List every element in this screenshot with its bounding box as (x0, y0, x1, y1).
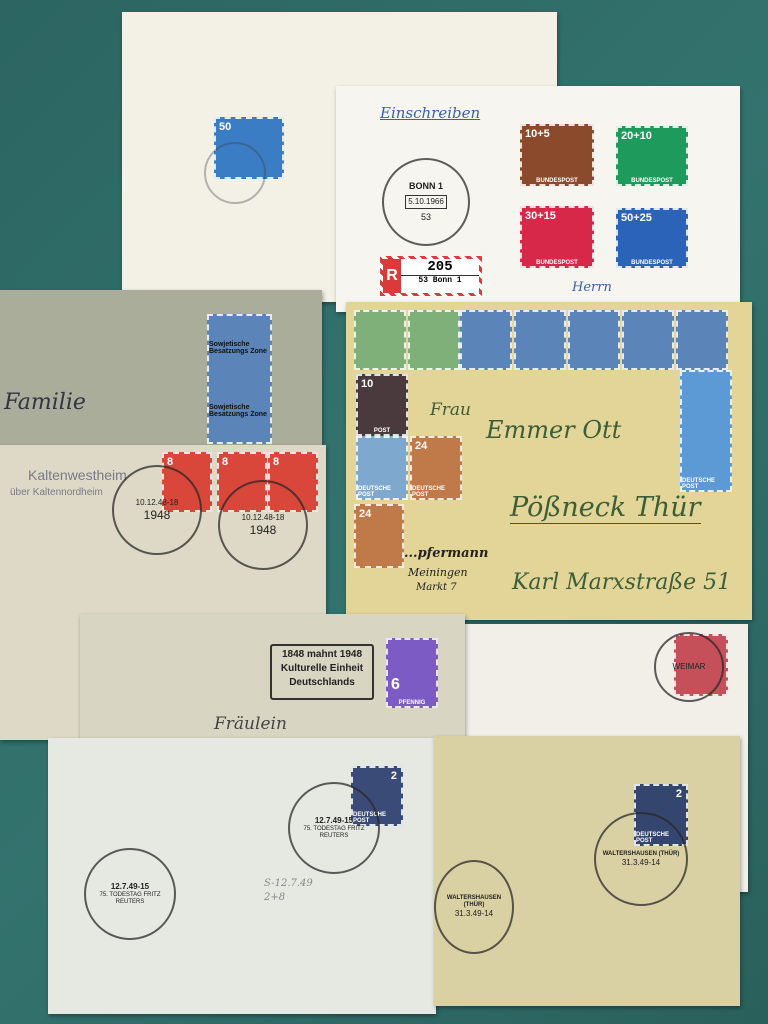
registration-label: R 205 53 Bonn 1 (380, 256, 482, 296)
stamp-30: 30+15BUNDESPOST (520, 206, 594, 268)
cover-green: Sowjetische Besatzungs ZoneSowjetische B… (0, 290, 322, 455)
stamp-50: 50+25BUNDESPOST (616, 208, 688, 268)
stamp-6: 6PFENNIG (386, 638, 438, 708)
postmark: 10.12.48-181948 (218, 480, 308, 570)
postmark-bonn: BONN 1 5.10.1966 53 (382, 158, 470, 246)
stamp-pair: Sowjetische Besatzungs ZoneSowjetische B… (207, 314, 272, 444)
cover-meiningen: 10POST DEUTSCHE POST 24DEUTSCHE POST 24 … (346, 302, 752, 620)
handwritten-label: Einschreiben (380, 104, 480, 122)
cover-stavenhagen: 2DEUTSCHE POST 12.7.49-1575. TODESTAG FR… (48, 738, 436, 1014)
cover-waltershausen: 2DEUTSCHE POST WALTERSHAUSEN (THÜR)31.3.… (434, 736, 740, 1006)
postmark: 10.12.48-181948 (112, 465, 202, 555)
cover-bonn-registered: Einschreiben BONN 1 5.10.1966 53 10+5BUN… (336, 86, 740, 312)
postmark (204, 142, 266, 204)
stamp-10: 10+5BUNDESPOST (520, 124, 594, 186)
stamp-10-pfennig: 10POST (356, 374, 408, 436)
slogan-cancel: 1848 mahnt 1948 Kulturelle Einheit Deuts… (270, 644, 374, 700)
stamp-20: 20+10BUNDESPOST (616, 126, 688, 186)
